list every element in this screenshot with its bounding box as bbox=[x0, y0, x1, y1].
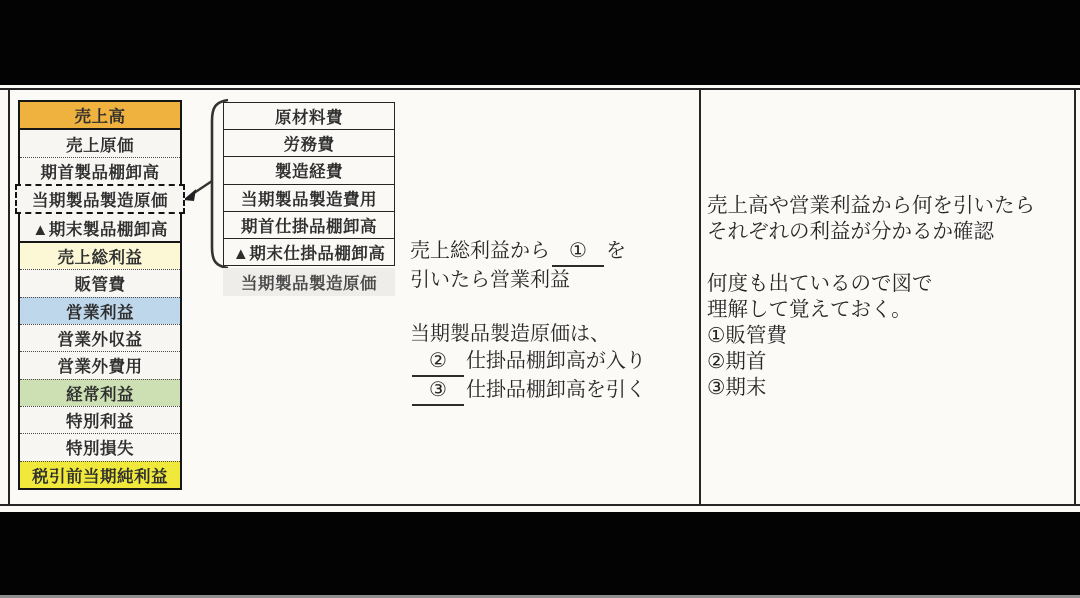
letterbox-bottom bbox=[0, 512, 1080, 598]
note1-line2: 引いたら営業利益 bbox=[410, 267, 710, 294]
pl-row-cost-of-goods-manufactured: 当期製品製造原価 bbox=[15, 184, 185, 214]
note2-blank2: ② bbox=[412, 348, 464, 377]
letterbox-top bbox=[0, 0, 1080, 85]
pl-row-non-operating-expenses: 営業外費用 bbox=[20, 351, 180, 378]
cost-row-labor: 労務費 bbox=[224, 129, 394, 156]
grid-line-left bbox=[8, 88, 10, 506]
note1-line1: 売上総利益から①を bbox=[410, 238, 710, 267]
pl-row-ending-goods: ▲期末製品棚卸高 bbox=[20, 214, 180, 240]
pl-row-pretax-profit: 税引前当期純利益 bbox=[20, 461, 180, 488]
cost-row-beginning-wip: 期首仕掛品棚卸高 bbox=[224, 211, 394, 238]
right-panel-line: 売上高や営業利益から何を引いたら bbox=[707, 193, 1072, 219]
note2-post3: 仕掛品棚卸高を引く bbox=[466, 379, 646, 401]
note2-line1: 当期製品製造原価は、 bbox=[410, 321, 710, 348]
note2-line2: ②仕掛品棚卸高が入り bbox=[410, 348, 710, 377]
right-panel-line: 理解して覚えておく。 bbox=[707, 297, 1072, 323]
pl-row-gross-profit: 売上総利益 bbox=[20, 241, 180, 269]
right-panel-line: 何度も出ているので図で bbox=[707, 271, 1072, 297]
pl-row-non-operating-income: 営業外収益 bbox=[20, 324, 180, 351]
pl-row-ordinary-profit: 経常利益 bbox=[20, 379, 180, 406]
right-panel-answer-2: ②期首 bbox=[707, 349, 1072, 375]
pl-row-cogs: 売上原価 bbox=[20, 128, 180, 156]
pl-row-sales: 売上高 bbox=[20, 102, 180, 128]
cost-table-footer: 当期製品製造原価 bbox=[223, 268, 395, 296]
cost-row-ending-wip: ▲期末仕掛品棚卸高 bbox=[224, 238, 394, 265]
note1-post: を bbox=[606, 240, 626, 262]
pl-row-extraordinary-gains: 特別利益 bbox=[20, 406, 180, 433]
grid-line-top bbox=[0, 88, 1080, 90]
cost-table: 原材料費 労務費 製造経費 当期製品製造費用 期首仕掛品棚卸高 ▲期末仕掛品棚卸… bbox=[223, 102, 395, 266]
grid-line-bottom bbox=[0, 504, 1080, 506]
note2-blank3: ③ bbox=[412, 377, 464, 406]
pl-row-sga: 販管費 bbox=[20, 269, 180, 296]
note2-post2: 仕掛品棚卸高が入り bbox=[466, 350, 646, 372]
pl-table: 売上高 売上原価 期首製品棚卸高 当期製品製造原価 ▲期末製品棚卸高 売上総利益… bbox=[18, 100, 182, 490]
right-panel-answer-1: ①販管費 bbox=[707, 323, 1072, 349]
note1-pre: 売上総利益から bbox=[410, 240, 550, 262]
cost-row-overhead: 製造経費 bbox=[224, 156, 394, 183]
grid-line-right bbox=[1074, 88, 1076, 506]
right-panel-line bbox=[707, 245, 1072, 271]
cost-row-total-manufacturing-cost: 当期製品製造費用 bbox=[224, 184, 394, 211]
notes-block: 売上総利益から①を 引いたら営業利益 当期製品製造原価は、 ②仕掛品棚卸高が入り… bbox=[410, 238, 710, 406]
notes-spacer bbox=[410, 294, 710, 321]
pl-row-operating-profit: 営業利益 bbox=[20, 297, 180, 324]
right-panel: 売上高や営業利益から何を引いたら それぞれの利益が分かるか確認 何度も出ているの… bbox=[707, 193, 1072, 401]
note2-line3: ③仕掛品棚卸高を引く bbox=[410, 377, 710, 406]
pl-row-beginning-goods: 期首製品棚卸高 bbox=[20, 157, 180, 184]
pl-row-extraordinary-losses: 特別損失 bbox=[20, 433, 180, 460]
right-panel-line: それぞれの利益が分かるか確認 bbox=[707, 219, 1072, 245]
cost-row-raw-materials: 原材料費 bbox=[224, 103, 394, 129]
content-area: 売上高 売上原価 期首製品棚卸高 当期製品製造原価 ▲期末製品棚卸高 売上総利益… bbox=[0, 85, 1080, 512]
right-panel-answer-3: ③期末 bbox=[707, 375, 1072, 401]
note1-blank: ① bbox=[552, 238, 604, 267]
